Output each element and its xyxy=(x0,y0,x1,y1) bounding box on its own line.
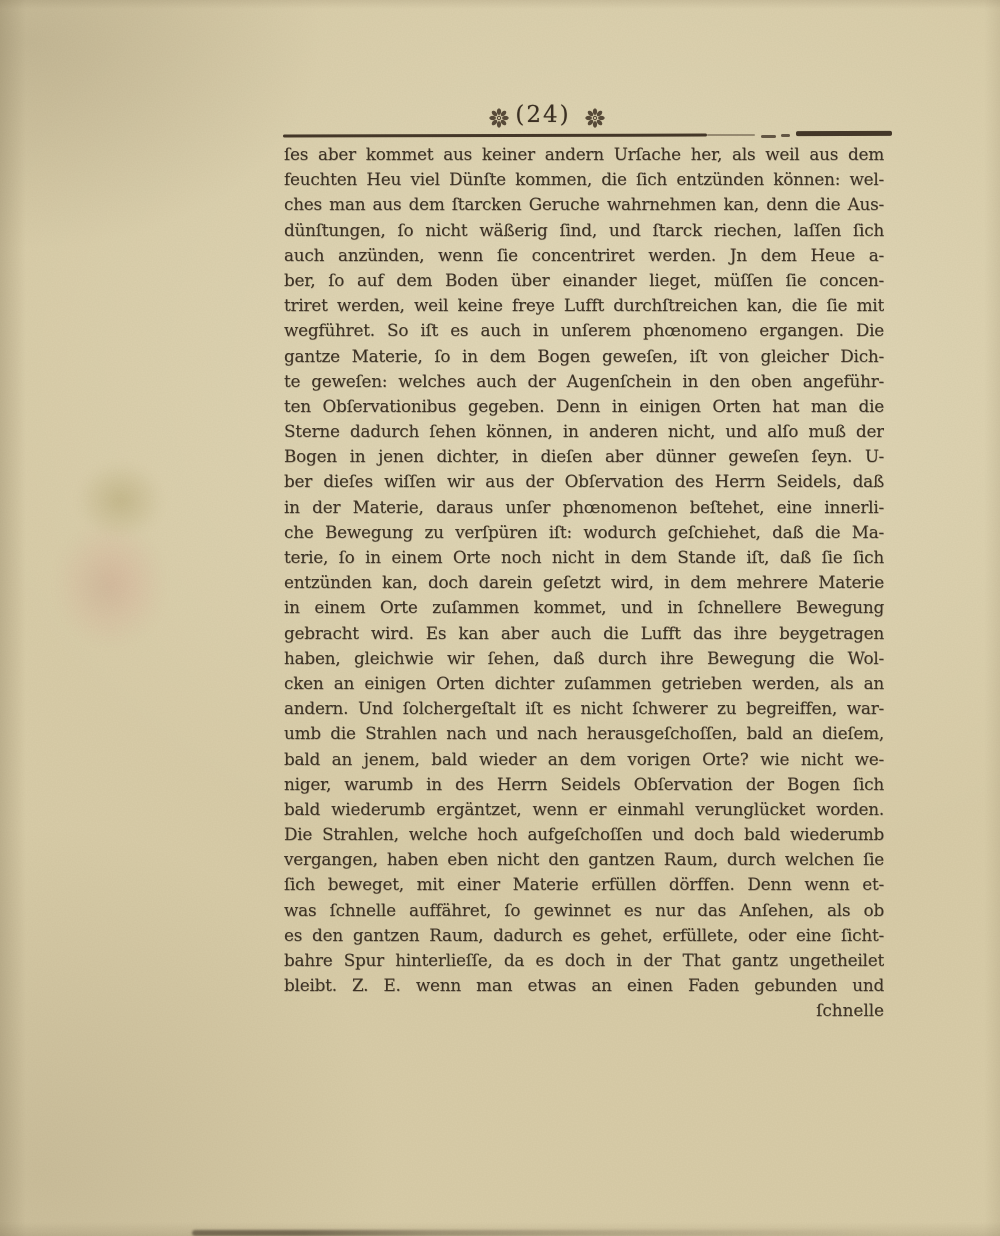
header-rule-dash xyxy=(761,135,776,138)
text-line: ſes aber kommet aus keiner andern Urſach… xyxy=(284,142,884,167)
text-line: bleibt. Z. E. wenn man etwas an einen Fa… xyxy=(284,973,884,998)
text-line: bahre Spur hinterlieſſe, da es doch in d… xyxy=(284,948,884,973)
text-line: haben, gleichwie wir ſehen, daß durch ih… xyxy=(284,646,884,671)
floral-ornament-icon xyxy=(488,107,510,129)
text-line: te geweſen: welches auch der Augenſchein… xyxy=(284,369,884,394)
header-rule-dash xyxy=(781,134,790,137)
bottom-page-edge xyxy=(192,1230,892,1236)
text-line: gantze Materie, ſo in dem Bogen geweſen,… xyxy=(284,344,884,369)
text-line: Sterne dadurch ſehen können, in anderen … xyxy=(284,419,884,444)
text-line: vergangen, haben eben nicht den gantzen … xyxy=(284,847,884,872)
text-line: ches man aus dem ſtarcken Geruche wahrne… xyxy=(284,192,884,217)
text-line: bald wiederumb ergäntzet, wenn er einmah… xyxy=(284,797,884,822)
text-line: in der Materie, daraus unſer phœnomenon … xyxy=(284,495,884,520)
text-line: feuchten Heu viel Dünſte kommen, die ſic… xyxy=(284,167,884,192)
floral-ornament-icon xyxy=(584,107,606,129)
text-line: was ſchnelle auffähret, ſo gewinnet es n… xyxy=(284,898,884,923)
text-line: dünſtungen, ſo nicht wäßerig ſind, und ſ… xyxy=(284,218,884,243)
text-line: ber dieſes wiſſen wir aus der Obſervatio… xyxy=(284,469,884,494)
text-line: ber, ſo auf dem Boden über einander lieg… xyxy=(284,268,884,293)
text-line: umb die Strahlen nach und nach herausgeſ… xyxy=(284,721,884,746)
text-line: triret werden, weil keine freye Lufft du… xyxy=(284,293,884,318)
text-line: Die Strahlen, welche hoch aufgeſchoſſen … xyxy=(284,822,884,847)
page-number: (24) xyxy=(508,102,578,128)
show-through-stain xyxy=(28,452,193,672)
body-lines: ſes aber kommet aus keiner andern Urſach… xyxy=(284,142,884,998)
text-line: es den gantzen Raum, dadurch es gehet, e… xyxy=(284,923,884,948)
text-line: andern. Und ſolchergeſtalt iſt es nicht … xyxy=(284,696,884,721)
text-block: ſes aber kommet aus keiner andern Urſach… xyxy=(284,142,884,1024)
text-line: terie, ſo in einem Orte noch nicht in de… xyxy=(284,545,884,570)
text-line: ten Obſervationibus gegeben. Denn in ein… xyxy=(284,394,884,419)
text-line: auch anzünden, wenn ſie concentriret wer… xyxy=(284,243,884,268)
text-line: ſich beweget, mit einer Materie erfüllen… xyxy=(284,872,884,897)
text-line: in einem Orte zuſammen kommet, und in ſc… xyxy=(284,595,884,620)
book-page: (24) ſes aber kommet aus keiner andern U… xyxy=(0,0,1000,1236)
text-line: wegführet. So iſt es auch in unſerem phœ… xyxy=(284,318,884,343)
text-line: niger, warumb in des Herrn Seidels Obſer… xyxy=(284,772,884,797)
text-line: bald an jenem, bald wieder an dem vorige… xyxy=(284,747,884,772)
text-line: Bogen in jenen dichter, in dieſen aber d… xyxy=(284,444,884,469)
header-rule xyxy=(283,134,707,138)
header-rule-fade xyxy=(707,134,755,136)
text-line: entzünden kan, doch darein geſetzt wird,… xyxy=(284,570,884,595)
catchword: ſchnelle xyxy=(284,998,884,1023)
header-rule-end xyxy=(796,131,892,136)
text-line: che Bewegung zu verſpüren iſt: wodurch g… xyxy=(284,520,884,545)
text-line: gebracht wird. Es kan aber auch die Luff… xyxy=(284,621,884,646)
text-line: cken an einigen Orten dichter zuſammen g… xyxy=(284,671,884,696)
